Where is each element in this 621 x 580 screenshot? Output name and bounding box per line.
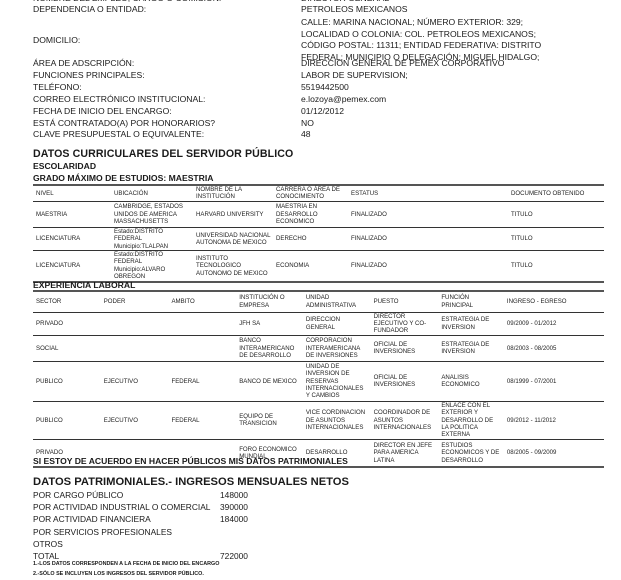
- footnote: 2.-SÓLO SE INCLUYEN LOS INGRESOS DEL SER…: [33, 570, 219, 580]
- table-cell: ESTUDIOS ECONOMICOS Y DE DESARROLLO: [438, 439, 504, 467]
- table-cell: DIRECTOR EN JEFE PARA AMERICA LATINA: [371, 439, 439, 467]
- table-cell: 09/2009 - 01/2012: [504, 312, 604, 335]
- field-value: CALLE: MARINA NACIONAL; NÚMERO EXTERIOR:…: [301, 17, 569, 63]
- column-header: NOMBRE DE LA INSTITUCIÓN: [193, 185, 273, 201]
- subsection-title-escolaridad: ESCOLARIDAD: [33, 161, 96, 171]
- table-cell: [168, 312, 236, 335]
- field-label: DOMICILIO:: [33, 35, 263, 47]
- income-label: POR CARGO PÚBLICO: [33, 489, 123, 501]
- table-cell: VICE CORDINACION DE ASUNTOS INTERNACIONA…: [303, 401, 371, 439]
- table-cell: Estado:DISTRITO FEDERAL Municipio:ALVARO…: [111, 251, 193, 282]
- table-cell: EJECUTIVO: [101, 401, 169, 439]
- table-cell: JFH SA: [236, 312, 303, 335]
- grado-maximo: GRADO MÁXIMO DE ESTUDIOS: MAESTRIA: [33, 173, 213, 183]
- table-header-row: NIVELUBICACIÓNNOMBRE DE LA INSTITUCIÓNCA…: [33, 185, 604, 201]
- column-header: ESTATUS: [348, 185, 428, 201]
- footnotes: 1.-LOS DATOS CORRESPONDEN A LA FECHA DE …: [33, 560, 219, 579]
- column-header: CARRERA O ÁREA DE CONOCIMIENTO: [273, 185, 348, 201]
- income-amount: 184000: [220, 513, 248, 525]
- field-label: CORREO ELECTRÓNICO INSTITUCIONAL:: [33, 94, 263, 106]
- column-header: FUNCIÓN PRINCIPAL: [438, 291, 504, 312]
- section-title-patrimonial: DATOS PATRIMONIALES.- INGRESOS MENSUALES…: [33, 476, 349, 488]
- column-header: INGRESO - EGRESO: [504, 291, 604, 312]
- table-row: MAESTRIACAMBRIDGE, ESTADOS UNIDOS DE AME…: [33, 201, 604, 227]
- personal-row: ESTÁ CONTRATADO(A) POR HONORARIOS?NO: [33, 118, 603, 130]
- table-cell: LICENCIATURA: [33, 227, 111, 250]
- table-cell: ESTRATEGIA DE INVERSION: [438, 335, 504, 361]
- table-cell: OFICIAL DE INVERSIONES: [371, 361, 439, 401]
- field-label: DEPENDENCIA O ENTIDAD:: [33, 4, 263, 16]
- field-label: TELÉFONO:: [33, 82, 263, 94]
- table-cell: EJECUTIVO: [101, 361, 169, 401]
- table-row: LICENCIATURAEstado:DISTRITO FEDERAL Muni…: [33, 227, 604, 250]
- table-cell: MAESTRIA: [33, 201, 111, 227]
- field-value: 5519442500: [301, 82, 601, 94]
- table-cell: CAMBRIDGE, ESTADOS UNIDOS DE AMERICA MAS…: [111, 201, 193, 227]
- column-header: [428, 185, 508, 201]
- field-value: LABOR DE SUPERVISION;: [301, 70, 601, 82]
- table-cell: TITULO: [508, 251, 604, 282]
- education-table: NIVELUBICACIÓNNOMBRE DE LA INSTITUCIÓNCA…: [33, 184, 604, 283]
- table-cell: DIRECCION GENERAL: [303, 312, 371, 335]
- table-cell: DERECHO: [273, 227, 348, 250]
- column-header: AMBITO: [168, 291, 236, 312]
- table-row: PUBLICOEJECUTIVOFEDERALEQUIPO DE TRANSIC…: [33, 401, 604, 439]
- column-header: INSTITUCIÓN O EMPRESA: [236, 291, 303, 312]
- field-value: 01/12/2012: [301, 106, 601, 118]
- table-cell: TITULO: [508, 201, 604, 227]
- table-cell: PUBLICO: [33, 401, 101, 439]
- field-label: FECHA DE INICIO DEL ENCARGO:: [33, 106, 263, 118]
- consent-statement: SI ESTOY DE ACUERDO EN HACER PÚBLICOS MI…: [33, 456, 348, 466]
- field-label: ESTÁ CONTRATADO(A) POR HONORARIOS?: [33, 118, 263, 130]
- personal-row: CORREO ELECTRÓNICO INSTITUCIONAL:e.lozoy…: [33, 94, 603, 106]
- column-header: DOCUMENTO OBTENIDO: [508, 185, 604, 201]
- field-label: CLAVE PRESUPUESTAL O EQUIVALENTE:: [33, 129, 263, 141]
- table-cell: [101, 312, 169, 335]
- income-label: POR ACTIVIDAD FINANCIERA: [33, 513, 151, 525]
- table-cell: CORPORACION INTERAMERICANA DE INVERSIONE…: [303, 335, 371, 361]
- table-cell: SOCIAL: [33, 335, 101, 361]
- income-label: POR ACTIVIDAD INDUSTRIAL O COMERCIAL: [33, 501, 210, 513]
- table-cell: [428, 227, 508, 250]
- column-header: UNIDAD ADMINISTRATIVA: [303, 291, 371, 312]
- table-cell: ECONOMIA: [273, 251, 348, 282]
- table-cell: DIRECTOR EJECUTIVO Y CO-FUNDADOR: [371, 312, 439, 335]
- table-cell: BANCO DE MEXICO: [236, 361, 303, 401]
- table-cell: FINALIZADO: [348, 251, 428, 282]
- field-value: DIRECCION GENERAL DE PEMEX CORPORATIVO: [301, 58, 601, 70]
- footnote: 1.-LOS DATOS CORRESPONDEN A LA FECHA DE …: [33, 560, 219, 570]
- column-header: SECTOR: [33, 291, 101, 312]
- experience-table: SECTORPODERAMBITOINSTITUCIÓN O EMPRESAUN…: [33, 290, 604, 468]
- field-value[interactable]: e.lozoya@pemex.com: [301, 94, 601, 106]
- table-row: LICENCIATURAEstado:DISTRITO FEDERAL Muni…: [33, 251, 604, 282]
- table-row: SOCIALBANCO INTERAMERICANO DE DESARROLLO…: [33, 335, 604, 361]
- field-value: 48: [301, 129, 601, 141]
- column-header: UBICACIÓN: [111, 185, 193, 201]
- field-value: PETROLEOS MEXICANOS: [301, 4, 601, 16]
- income-amount: 148000: [220, 489, 248, 501]
- table-row: PUBLICOEJECUTIVOFEDERALBANCO DE MEXICOUN…: [33, 361, 604, 401]
- table-cell: FINALIZADO: [348, 227, 428, 250]
- table-cell: 08/1999 - 07/2001: [504, 361, 604, 401]
- personal-row: CLAVE PRESUPUESTAL O EQUIVALENTE:48: [33, 129, 603, 141]
- field-label: ÁREA DE ADSCRIPCIÓN:: [33, 58, 263, 70]
- table-cell: 09/2012 - 11/2012: [504, 401, 604, 439]
- table-cell: PRIVADO: [33, 312, 101, 335]
- table-cell: PUBLICO: [33, 361, 101, 401]
- table-cell: ANALISIS ECONOMICO: [438, 361, 504, 401]
- table-cell: LICENCIATURA: [33, 251, 111, 282]
- table-cell: [101, 335, 169, 361]
- table-cell: [428, 251, 508, 282]
- income-label: OTROS: [33, 538, 63, 550]
- personal-row-dependencia: DEPENDENCIA O ENTIDAD: PETROLEOS MEXICAN…: [33, 4, 603, 16]
- section-title-curricular: DATOS CURRICULARES DEL SERVIDOR PÚBLICO: [33, 148, 293, 160]
- column-header: PODER: [101, 291, 169, 312]
- table-cell: BANCO INTERAMERICANO DE DESARROLLO: [236, 335, 303, 361]
- table-row: PRIVADOJFH SADIRECCION GENERALDIRECTOR E…: [33, 312, 604, 335]
- table-cell: EQUIPO DE TRANSICION: [236, 401, 303, 439]
- table-cell: TITULO: [508, 227, 604, 250]
- table-cell: MAESTRIA EN DESARROLLO ECONOMICO: [273, 201, 348, 227]
- table-cell: FEDERAL: [168, 401, 236, 439]
- table-cell: UNIDAD DE INVERSION DE RESERVAS INTERNAC…: [303, 361, 371, 401]
- personal-row: TELÉFONO:5519442500: [33, 82, 603, 94]
- table-cell: 08/2005 - 09/2009: [504, 439, 604, 467]
- table-cell: ENLACE CON EL EXTERIOR Y DESARROLLO DE L…: [438, 401, 504, 439]
- field-label: FUNCIONES PRINCIPALES:: [33, 70, 263, 82]
- column-header: NIVEL: [33, 185, 111, 201]
- field-value: NO: [301, 118, 601, 130]
- personal-row: FUNCIONES PRINCIPALES:LABOR DE SUPERVISI…: [33, 70, 603, 82]
- personal-row: FECHA DE INICIO DEL ENCARGO:01/12/2012: [33, 106, 603, 118]
- table-cell: 08/2003 - 08/2005: [504, 335, 604, 361]
- table-cell: HARVARD UNIVERSITY: [193, 201, 273, 227]
- income-amount: 722000: [220, 550, 248, 562]
- table-cell: Estado:DISTRITO FEDERAL Municipio:TLALPA…: [111, 227, 193, 250]
- table-header-row: SECTORPODERAMBITOINSTITUCIÓN O EMPRESAUN…: [33, 291, 604, 312]
- personal-row: ÁREA DE ADSCRIPCIÓN:DIRECCION GENERAL DE…: [33, 58, 603, 70]
- section-title-experience: EXPERIENCIA LABORAL: [33, 280, 135, 290]
- table-cell: COORDINADOR DE ASUNTOS INTERNACIONALES: [371, 401, 439, 439]
- table-cell: FEDERAL: [168, 361, 236, 401]
- table-cell: OFICIAL DE INVERSIONES: [371, 335, 439, 361]
- table-cell: INSTITUTO TECNOLOGICO AUTONOMO DE MEXICO: [193, 251, 273, 282]
- table-cell: ESTRATEGIA DE INVERSION: [438, 312, 504, 335]
- income-label: POR SERVICIOS PROFESIONALES: [33, 526, 172, 538]
- table-cell: FINALIZADO: [348, 201, 428, 227]
- table-cell: UNIVERSIDAD NACIONAL AUTONOMA DE MEXICO: [193, 227, 273, 250]
- table-cell: [168, 335, 236, 361]
- column-header: PUESTO: [371, 291, 439, 312]
- declaration-page: NOMBRE DEL EMPLEO, CARGO O COMISIÓN: DIR…: [0, 0, 621, 580]
- table-cell: [428, 201, 508, 227]
- income-amount: 390000: [220, 501, 248, 513]
